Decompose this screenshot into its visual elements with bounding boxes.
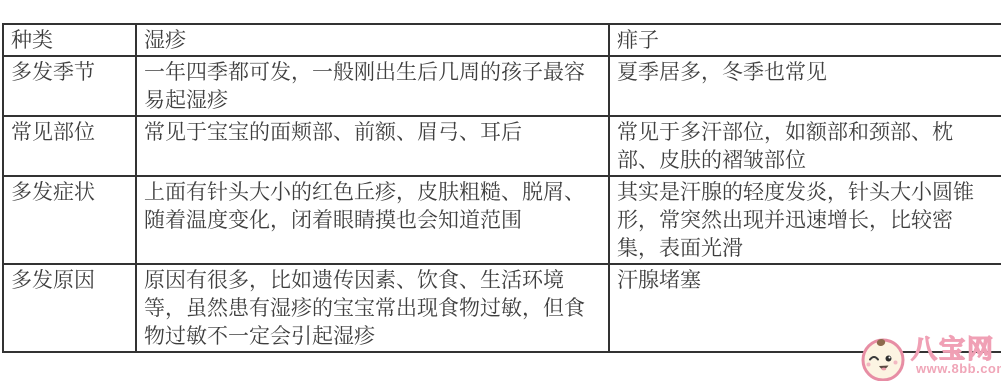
- baby-face-icon: [860, 337, 906, 381]
- row-label: 多发原因: [3, 264, 136, 352]
- table-row: 多发症状 上面有针头大小的红色丘疹，皮肤粗糙、脱屑、 随着温度变化，闭着眼睛摸也…: [3, 176, 1001, 264]
- eczema-cell: 原因有很多，比如遗传因素、饮食、生活环境 等，虽然患有湿疹的宝宝常出现食物过敏，…: [136, 264, 609, 352]
- watermark-site-url: www.8bb.com: [916, 362, 1001, 376]
- prickly-heat-cell: 其实是汗腺的轻度发炎，针头大小圆锥 形，常突然出现并迅速增长，比较密 集，表面光…: [609, 176, 1001, 264]
- table-row: 多发季节 一年四季都可发，一般刚出生后几周的孩子最容 易起湿疹 夏季居多，冬季也…: [3, 56, 1001, 116]
- column-header-prickly-heat: 痱子: [609, 24, 1001, 56]
- column-header-category: 种类: [3, 24, 136, 56]
- watermark-site-name: 八宝网: [911, 336, 995, 362]
- eczema-cell: 上面有针头大小的红色丘疹，皮肤粗糙、脱屑、 随着温度变化，闭着眼睛摸也会知道范围: [136, 176, 609, 264]
- row-label: 多发季节: [3, 56, 136, 116]
- comparison-table: 种类 湿疹 痱子 多发季节 一年四季都可发，一般刚出生后几周的孩子最容 易起湿疹…: [2, 23, 1001, 353]
- table-row: 常见部位 常见于宝宝的面颊部、前额、眉弓、耳后 常见于多汗部位，如额部和颈部、枕…: [3, 116, 1001, 176]
- eczema-cell: 常见于宝宝的面颊部、前额、眉弓、耳后: [136, 116, 609, 176]
- column-header-eczema: 湿疹: [136, 24, 609, 56]
- prickly-heat-cell: 夏季居多，冬季也常见: [609, 56, 1001, 116]
- page: 种类 湿疹 痱子 多发季节 一年四季都可发，一般刚出生后几周的孩子最容 易起湿疹…: [0, 0, 1001, 381]
- table-row: 多发原因 原因有很多，比如遗传因素、饮食、生活环境 等，虽然患有湿疹的宝宝常出现…: [3, 264, 1001, 352]
- row-label: 多发症状: [3, 176, 136, 264]
- eczema-cell: 一年四季都可发，一般刚出生后几周的孩子最容 易起湿疹: [136, 56, 609, 116]
- prickly-heat-cell: 常见于多汗部位，如额部和颈部、枕 部、皮肤的褶皱部位: [609, 116, 1001, 176]
- row-label: 常见部位: [3, 116, 136, 176]
- table-header-row: 种类 湿疹 痱子: [3, 24, 1001, 56]
